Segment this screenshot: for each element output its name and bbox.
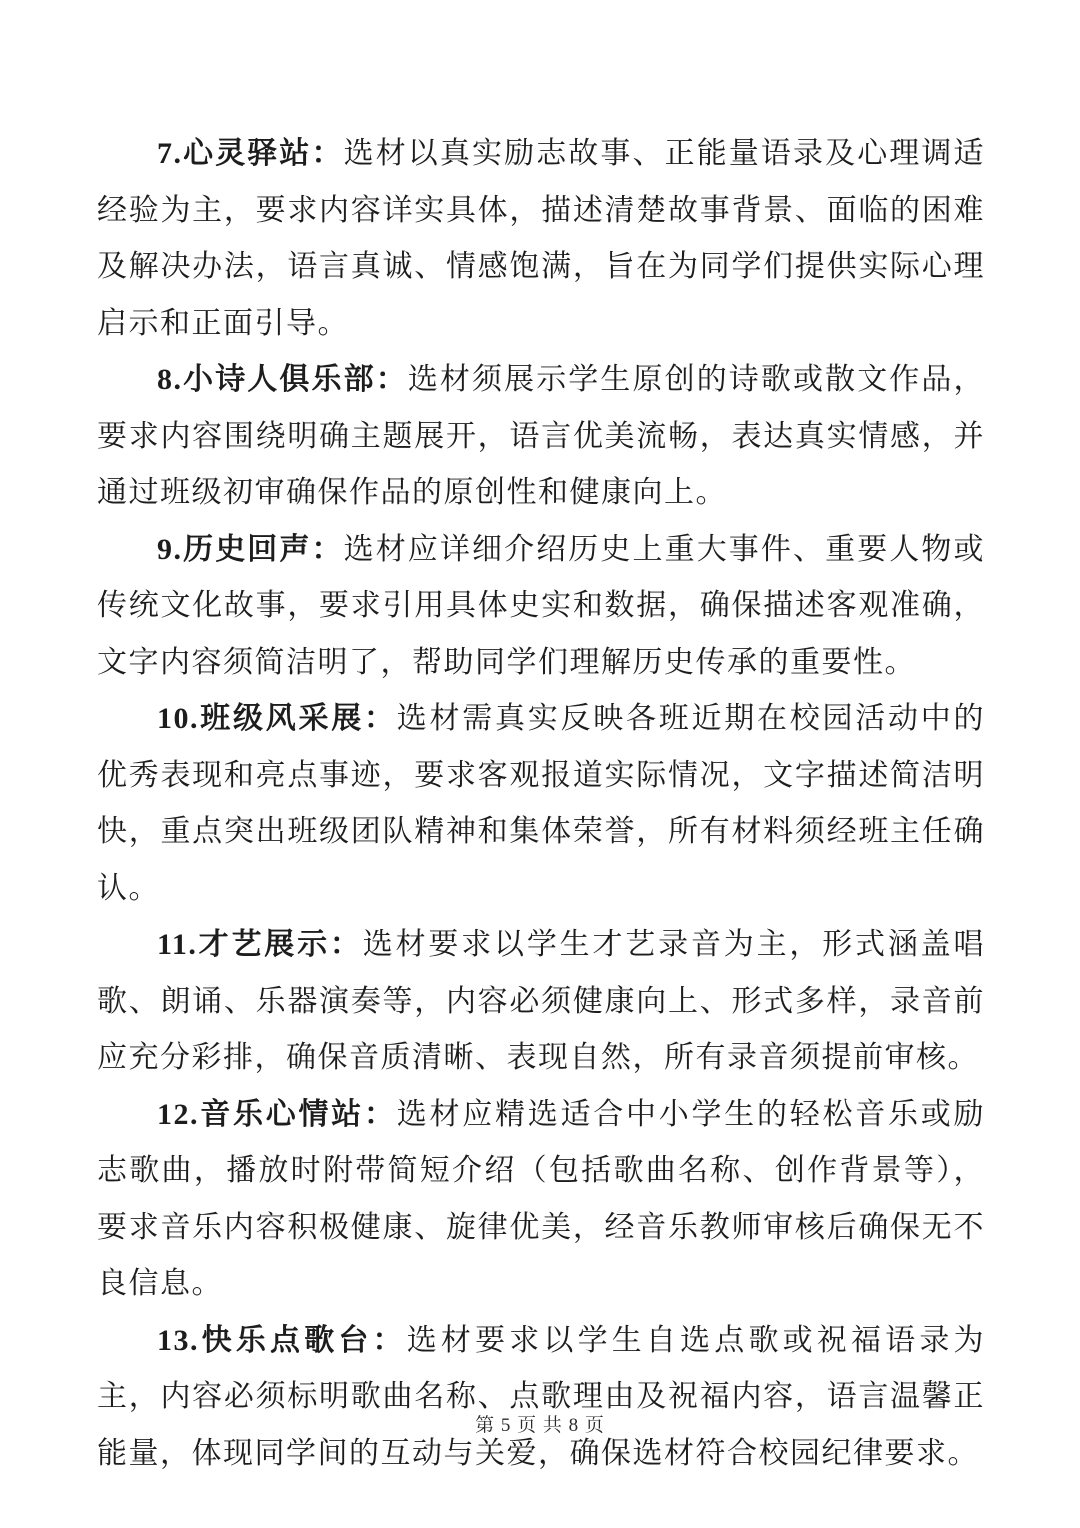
paragraph: 7.心灵驿站：选材以真实励志故事、正能量语录及心理调适经验为主，要求内容详实具体… bbox=[97, 126, 985, 352]
paragraph-heading: 11.才艺展示： bbox=[157, 928, 363, 961]
paragraph-heading: 10.班级风采展： bbox=[157, 702, 397, 735]
paragraph-heading: 12.音乐心情站： bbox=[157, 1098, 397, 1131]
page-footer: 第 5 页 共 8 页 bbox=[0, 1410, 1080, 1437]
paragraph: 8.小诗人俱乐部：选材须展示学生原创的诗歌或散文作品，要求内容围绕明确主题展开，… bbox=[97, 352, 985, 522]
paragraph-heading: 9.历史回声： bbox=[157, 533, 344, 566]
page-number-text: 第 5 页 共 8 页 bbox=[475, 1415, 605, 1436]
document-page: 7.心灵驿站：选材以真实励志故事、正能量语录及心理调适经验为主，要求内容详实具体… bbox=[0, 0, 1080, 1528]
paragraph: 11.才艺展示：选材要求以学生才艺录音为主，形式涵盖唱歌、朗诵、乐器演奏等，内容… bbox=[97, 917, 985, 1087]
paragraph: 12.音乐心情站：选材应精选适合中小学生的轻松音乐或励志歌曲，播放时附带简短介绍… bbox=[97, 1087, 985, 1313]
paragraph: 9.历史回声：选材应详细介绍历史上重大事件、重要人物或传统文化故事，要求引用具体… bbox=[97, 522, 985, 692]
paragraph-heading: 8.小诗人俱乐部： bbox=[157, 363, 408, 396]
document-body: 7.心灵驿站：选材以真实励志故事、正能量语录及心理调适经验为主，要求内容详实具体… bbox=[97, 126, 985, 1482]
paragraph-heading: 7.心灵驿站： bbox=[157, 137, 344, 170]
paragraph: 13.快乐点歌台：选材要求以学生自选点歌或祝福语录为主，内容必须标明歌曲名称、点… bbox=[97, 1313, 985, 1483]
paragraph: 10.班级风采展：选材需真实反映各班近期在校园活动中的优秀表现和亮点事迹，要求客… bbox=[97, 691, 985, 917]
paragraph-heading: 13.快乐点歌台： bbox=[157, 1324, 407, 1357]
